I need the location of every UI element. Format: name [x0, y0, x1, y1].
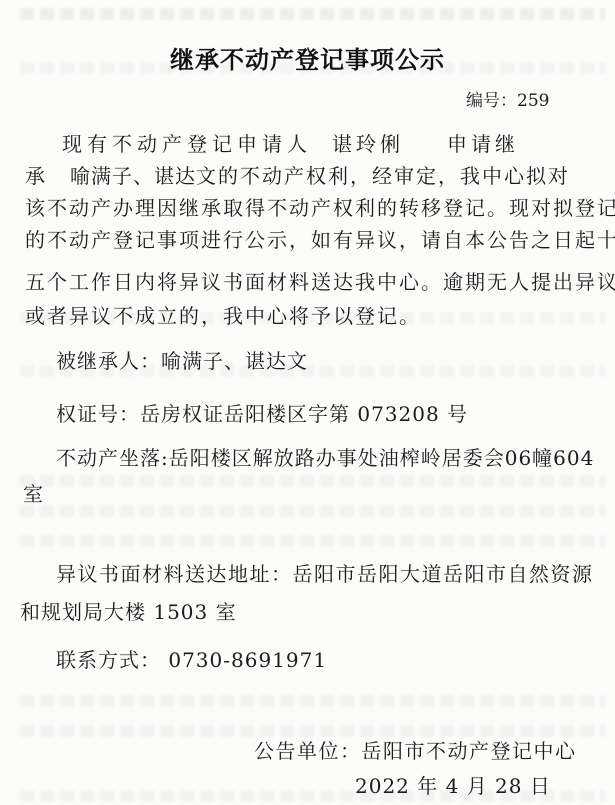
body-text: 或者异议不成立的，我中心将予以登记。: [25, 300, 421, 329]
objection-address-cont: 和规划局大楼 1503 室: [20, 596, 237, 625]
issue-date: 2022 年 4 月 28 日: [355, 770, 551, 799]
body-text: 的不动产登记事项进行公示，如有异议，请自本公告之日起十: [25, 224, 615, 253]
location-field-cont: 室: [23, 478, 44, 507]
notice-page: 继承不动产登记事项公示 编号：259 现有不动产登记申请人 谌玲俐 申请继 承 …: [0, 0, 615, 805]
show-through-text: [20, 8, 605, 20]
body-text: 现有不动产登记申请人: [62, 128, 312, 157]
body-text: 五个工作日内将异议书面材料送达我中心。逾期无人提出异议: [25, 266, 615, 295]
certificate-field: 权证号：岳房权证岳阳楼区字第 073208 号: [56, 398, 468, 427]
decedent-names: 喻满子、谌达文: [70, 160, 217, 189]
decedent-field: 被继承人：喻满子、谌达文: [56, 345, 308, 374]
objection-address: 异议书面材料送达地址：岳阳市岳阳大道岳阳市自然资源: [56, 558, 594, 587]
issuer: 公告单位：岳阳市不动产登记中心: [254, 735, 577, 764]
applicant-name: 谌玲俐: [332, 128, 404, 157]
show-through-text: [20, 475, 605, 487]
body-text: 申请继: [447, 128, 519, 157]
location-field: 不动产坐落:岳阳楼区解放路办事处油榨岭居委会06幢604: [56, 442, 594, 471]
body-text: 的不动产权利，经审定，我中心拟对: [218, 160, 570, 189]
contact-field: 联系方式： 0730-8691971: [56, 644, 327, 673]
show-through-text: [20, 695, 605, 707]
page-title: 继承不动产登记事项公示: [0, 40, 615, 75]
show-through-text: [20, 535, 605, 547]
body-text: 该不动产办理因继承取得不动产权利的转移登记。现对拟登记: [25, 192, 615, 221]
show-through-text: [20, 505, 605, 517]
body-text: 承: [25, 160, 46, 189]
serial-number: 编号：259: [466, 86, 549, 111]
